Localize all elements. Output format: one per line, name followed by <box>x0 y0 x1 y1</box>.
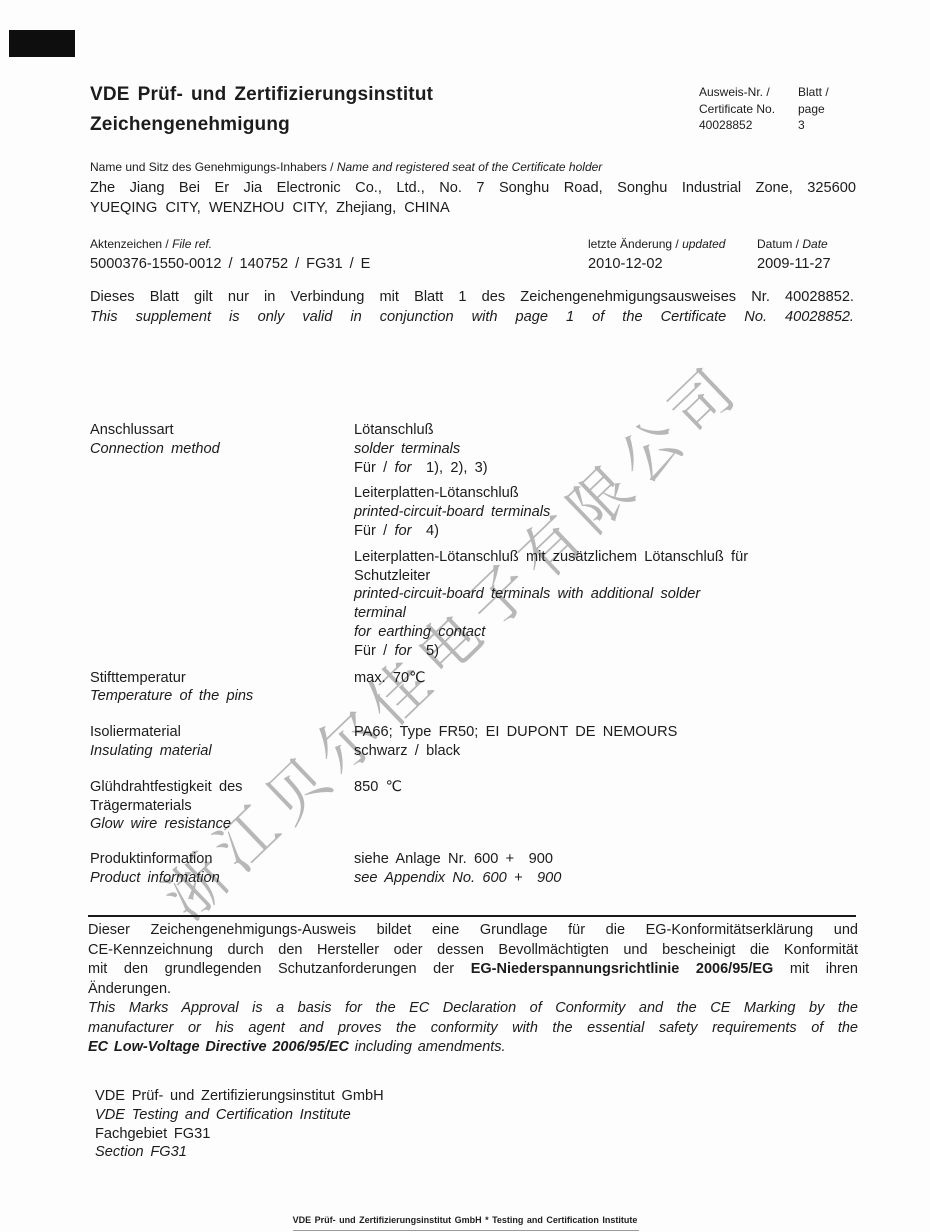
text-line: YUEQING CITY, WENZHOU CITY, Zhejiang, CH… <box>90 199 856 219</box>
field-group: AnschlussartConnection methodLötanschluß… <box>90 421 856 661</box>
text-line: max. 70℃ <box>354 669 856 688</box>
value-block: 850 ℃ <box>354 778 856 797</box>
file-ref-value: 5000376-1550-0012 / 140752 / FG31 / E <box>90 255 370 274</box>
value-block: Leiterplatten-Lötanschlußprinted-circuit… <box>354 484 856 540</box>
text-line: Connection method <box>90 440 354 459</box>
value-block: Leiterplatten-Lötanschluß mit zusätzlich… <box>354 548 856 661</box>
certificate-holder-section: Name und Sitz des Genehmigungs-Inhabers … <box>90 159 856 218</box>
text-line: Für / for 5) <box>354 642 856 661</box>
fields: AnschlussartConnection methodLötanschluß… <box>90 421 856 905</box>
text-line: 2009-11-27 <box>757 255 831 274</box>
field-value: siehe Anlage Nr. 600 + 900see Appendix N… <box>354 850 856 888</box>
text-line: Trägermaterials <box>90 797 354 816</box>
text-line: Datum / Date <box>757 236 831 252</box>
date-value: 2009-11-27 <box>757 255 831 274</box>
date-cell: Datum / Date 2009-11-27 <box>757 236 831 274</box>
field-group: ProduktinformationProduct informationsie… <box>90 850 856 888</box>
text-line: PA66; Type FR50; EI DUPONT DE NEMOURS <box>354 723 856 742</box>
text-line: Für / for 4) <box>354 522 856 541</box>
text-line: Aktenzeichen / File ref. <box>90 236 370 252</box>
text-line: terminal <box>354 604 856 623</box>
text-line: Dieses Blatt gilt nur in Verbindung mit … <box>90 288 854 308</box>
text-line: Section FG31 <box>95 1143 384 1162</box>
text-line: printed-circuit-board terminals with add… <box>354 585 856 604</box>
text-line: Anschlussart <box>90 421 354 440</box>
holder-label: Name und Sitz des Genehmigungs-Inhabers … <box>90 159 856 175</box>
text-line: printed-circuit-board terminals <box>354 503 856 522</box>
text-line: Glühdrahtfestigkeit des <box>90 778 354 797</box>
text-line: for earthing contact <box>354 623 856 642</box>
text-line: mit den grundlegenden Schutzanforderunge… <box>88 960 858 980</box>
value-block: PA66; Type FR50; EI DUPONT DE NEMOURSsch… <box>354 723 856 761</box>
text-line: Schutzleiter <box>354 567 856 586</box>
text-line: Dieser Zeichengenehmigungs-Ausweis bilde… <box>88 921 858 941</box>
text-line: solder terminals <box>354 440 856 459</box>
page-number-column: Blatt / page 3 <box>798 84 858 134</box>
text-line: CE-Kennzeichnung durch den Hersteller od… <box>88 941 858 961</box>
field-label: IsoliermaterialInsulating material <box>90 723 354 761</box>
field-label: AnschlussartConnection method <box>90 421 354 661</box>
text-line: Glow wire resistance <box>90 815 354 834</box>
file-ref-label: Aktenzeichen / File ref. <box>90 236 370 252</box>
text-line: schwarz / black <box>354 742 856 761</box>
text-line: This Marks Approval is a basis for the E… <box>88 999 858 1019</box>
page-label-en: page <box>798 101 858 118</box>
scan-artifact-mark <box>9 30 75 57</box>
header-reference-block: Ausweis-Nr. / Certificate No. 40028852 B… <box>699 84 858 134</box>
text-line: Stifttemperatur <box>90 669 354 688</box>
file-ref-cell: Aktenzeichen / File ref. 5000376-1550-00… <box>90 236 370 274</box>
field-label: ProduktinformationProduct information <box>90 850 354 888</box>
text-line: 5000376-1550-0012 / 140752 / FG31 / E <box>90 255 370 274</box>
updated-label: letzte Änderung / updated <box>588 236 725 252</box>
field-group: Glühdrahtfestigkeit desTrägermaterialsGl… <box>90 778 856 834</box>
field-value: Lötanschlußsolder terminalsFür / for 1),… <box>354 421 856 661</box>
title-line-1: VDE Prüf- und Zertifizierungsinstitut <box>90 80 433 110</box>
certificate-number: 40028852 <box>699 117 798 134</box>
date-label: Datum / Date <box>757 236 831 252</box>
text-line: Temperature of the pins <box>90 687 354 706</box>
field-value: 850 ℃ <box>354 778 856 834</box>
field-label: Glühdrahtfestigkeit desTrägermaterialsGl… <box>90 778 354 834</box>
document-title: VDE Prüf- und Zertifizierungsinstitut Ze… <box>90 80 433 140</box>
text-line: Lötanschluß <box>354 421 856 440</box>
text-line: Zhe Jiang Bei Er Jia Electronic Co., Ltd… <box>90 179 856 199</box>
text-line: Leiterplatten-Lötanschluß mit zusätzlich… <box>354 548 856 567</box>
text-line: siehe Anlage Nr. 600 + 900 <box>354 850 856 869</box>
text-line: This supplement is only valid in conjunc… <box>90 308 854 328</box>
value-block: max. 70℃ <box>354 669 856 688</box>
text-line: VDE Prüf- und Zertifizierungsinstitut Gm… <box>95 1087 384 1106</box>
page-footer: VDE Prüf- und Zertifizierungsinstitut Gm… <box>0 1215 930 1225</box>
holder-address: Zhe Jiang Bei Er Jia Electronic Co., Ltd… <box>90 179 856 218</box>
text-line: Product information <box>90 869 354 888</box>
page-label-de: Blatt / <box>798 84 858 101</box>
text-line: Fachgebiet FG31 <box>95 1125 384 1144</box>
field-group: IsoliermaterialInsulating materialPA66; … <box>90 723 856 761</box>
text-line: Name und Sitz des Genehmigungs-Inhabers … <box>90 159 856 175</box>
text-line: Leiterplatten-Lötanschluß <box>354 484 856 503</box>
certificate-label-en: Certificate No. <box>699 101 798 118</box>
text-line: Änderungen. <box>88 980 858 1000</box>
signature-block: VDE Prüf- und Zertifizierungsinstitut Gm… <box>95 1087 384 1162</box>
value-block: siehe Anlage Nr. 600 + 900see Appendix N… <box>354 850 856 888</box>
text-line: letzte Änderung / updated <box>588 236 725 252</box>
title-line-2: Zeichengenehmigung <box>90 110 433 140</box>
text-line: 850 ℃ <box>354 778 856 797</box>
separator-rule <box>88 915 856 917</box>
text-line: Insulating material <box>90 742 354 761</box>
text-line: Für / for 1), 2), 3) <box>354 459 856 478</box>
certificate-number-column: Ausweis-Nr. / Certificate No. 40028852 <box>699 84 798 134</box>
text-line: VDE Testing and Certification Institute <box>95 1106 384 1125</box>
updated-cell: letzte Änderung / updated 2010-12-02 <box>588 236 725 274</box>
footer-rule <box>293 1230 639 1231</box>
text-line: 2010-12-02 <box>588 255 725 274</box>
field-group: StifttemperaturTemperature of the pinsma… <box>90 669 856 707</box>
text-line: Produktinformation <box>90 850 354 869</box>
certificate-label-de: Ausweis-Nr. / <box>699 84 798 101</box>
certificate-page: 浙江贝尔佳电子有限公司 VDE Prüf- und Zertifizierung… <box>0 0 930 1232</box>
text-line: see Appendix No. 600 + 900 <box>354 869 856 888</box>
value-block: Lötanschlußsolder terminalsFür / for 1),… <box>354 421 856 477</box>
page-number: 3 <box>798 117 858 134</box>
field-value: PA66; Type FR50; EI DUPONT DE NEMOURSsch… <box>354 723 856 761</box>
field-value: max. 70℃ <box>354 669 856 707</box>
supplement-notice: Dieses Blatt gilt nur in Verbindung mit … <box>90 288 854 328</box>
legal-paragraph: Dieser Zeichengenehmigungs-Ausweis bilde… <box>88 921 858 1058</box>
text-line: Isoliermaterial <box>90 723 354 742</box>
text-line: EC Low-Voltage Directive 2006/95/EC incl… <box>88 1038 858 1058</box>
document-content: VDE Prüf- und Zertifizierungsinstitut Ze… <box>0 0 930 1232</box>
updated-value: 2010-12-02 <box>588 255 725 274</box>
field-label: StifttemperaturTemperature of the pins <box>90 669 354 707</box>
text-line: manufacturer or his agent and proves the… <box>88 1019 858 1039</box>
